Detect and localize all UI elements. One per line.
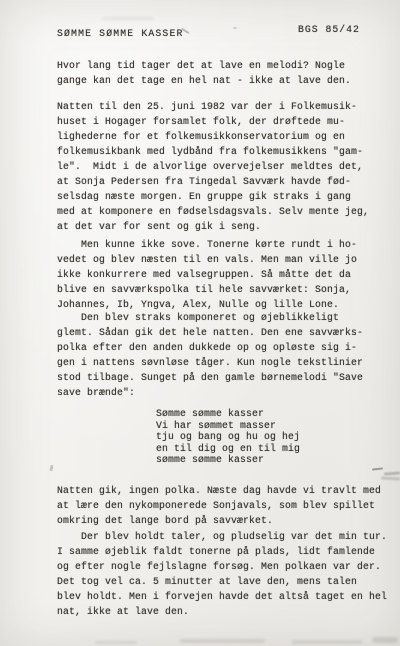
scan-smudge-bottom-streak: [180, 639, 265, 643]
document-reference-number: BGS 85/42: [298, 22, 360, 37]
paragraph-composed-and-forgotten: Den blev straks komponeret og øjeblikkel…: [57, 310, 363, 400]
paragraph-night-meeting: Natten til den 25. juni 1982 var der i F…: [57, 99, 369, 234]
scan-smudge-bottom-streak: [95, 641, 137, 644]
paragraph-next-day: Natten gik, ingen polka. Næste dag havde…: [57, 483, 381, 528]
scan-smudge-top-streak: [102, 17, 154, 20]
document-title: SØMME SØMME KASSER: [57, 26, 184, 41]
paragraph-could-not-sleep: Men kunne ikke sove. Tonerne kørte rundt…: [57, 237, 357, 312]
scan-smudge-bottom-streak: [372, 637, 398, 643]
scan-smudge-header-dot: [233, 27, 237, 29]
paragraph-intro: Hvor lang tid tager det at lave en melod…: [57, 58, 351, 88]
scanned-document-page: SØMME SØMME KASSER BGS 85/42 Hvor lang t…: [0, 0, 400, 646]
scan-smudge-bottom-streak: [292, 640, 362, 644]
paragraph-speeches: Der blev holdt taler, og pludselig var d…: [57, 529, 387, 619]
scan-smudge-right-scratch: [384, 471, 400, 475]
scan-smudge-left-tick: [49, 465, 53, 471]
scan-smudge-right-scratch: [381, 477, 400, 481]
song-verse: Sømme sømme kasser Vi har sømmet masser …: [156, 408, 300, 466]
scan-smudge-right-dash: [372, 467, 383, 470]
